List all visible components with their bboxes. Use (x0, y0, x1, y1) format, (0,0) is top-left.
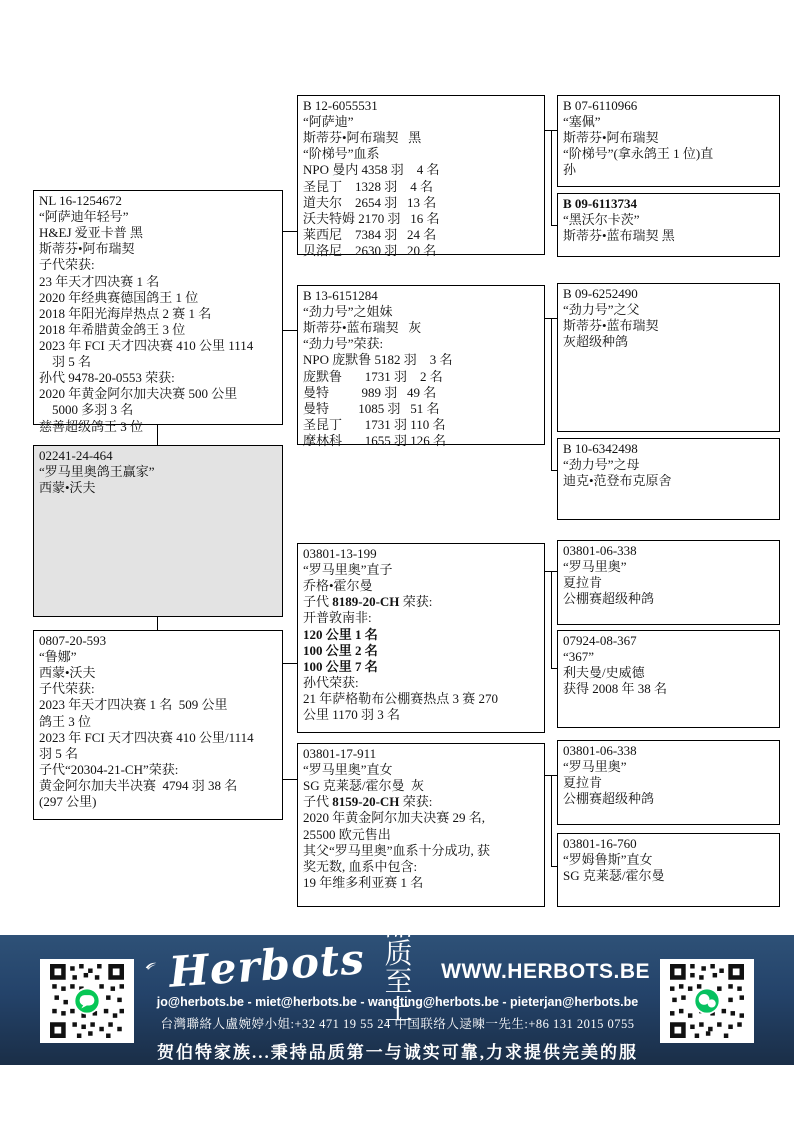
connector-line (551, 470, 557, 471)
pedigree-line: B 09-6252490 (563, 286, 774, 302)
footer-banner: Herbots 品质至上 WWW.HERBOTS.BE jo@herbots.b… (0, 935, 794, 1065)
pedigree-line: “罗马里奥” (563, 559, 774, 575)
pedigree-line: 开普敦南非: (303, 610, 539, 626)
pedigree-line: 03801-13-199 (303, 546, 539, 562)
pedigree-line: 100 公里 2 名 (303, 643, 539, 659)
pedigree-box-dam-sire: 03801-13-199“罗马里奥”直子乔格•霍尔曼子代 8189-20-CH … (297, 543, 545, 733)
connector-line (283, 330, 297, 331)
pedigree-line: 其父“罗马里奥”血系十分成功, 获 (303, 843, 539, 859)
pedigree-line: 2018 年希腊黄金鸽王 3 位 (39, 322, 277, 338)
qr-code-image (670, 964, 744, 1038)
pedigree-line: 乔格•霍尔曼 (303, 578, 539, 594)
connector-line (551, 775, 552, 867)
pedigree-line: 21 年萨格勒布公棚赛热点 3 赛 270 (303, 691, 539, 707)
pedigree-line: B 07-6110966 (563, 98, 774, 114)
pedigree-line: 子代荣获: (39, 257, 277, 273)
pedigree-line: NPO 曼内 4358 羽 4 名 (303, 162, 539, 178)
pedigree-line: 子代 8189-20-CH 荣获: (303, 594, 539, 610)
pedigree-line: 07924-08-367 (563, 633, 774, 649)
pedigree-line: “罗马里奥”直女 (303, 762, 539, 778)
pedigree-box-sire-sire-dam: B 09-6113734“黑沃尔卡茨”斯蒂芬•蓝布瑞契 黑 (557, 193, 780, 257)
pedigree-box-dam-dam-dam: 03801-16-760“罗姆鲁斯”直女SG 克莱瑟/霍尔曼 (557, 833, 780, 907)
connector-line (157, 617, 158, 630)
qr-code-image (50, 964, 124, 1038)
pedigree-line: 斯蒂芬•阿布瑞契 (563, 130, 774, 146)
pedigree-box-sire-dam-sire: B 09-6252490“劲力号”之父斯蒂芬•蓝布瑞契灰超级种鸽 (557, 283, 780, 432)
pedigree-line: 5000 多羽 3 名 (39, 402, 277, 418)
pedigree-line: 2020 年黄金阿尔加夫决赛 29 名, (303, 810, 539, 826)
pedigree-line: 慈善超级鸽王 3 位 (39, 419, 277, 435)
pedigree-line: 沃夫特姆 2170 羽 16 名 (303, 211, 539, 227)
pedigree-line: 斯蒂芬•蓝布瑞契 (563, 318, 774, 334)
wing-icon (145, 951, 157, 981)
pedigree-line: 02241-24-464 (39, 448, 277, 464)
pedigree-line: 2018 年阳光海岸热点 2 赛 1 名 (39, 306, 277, 322)
pedigree-line: 奖无数, 血系中包含: (303, 859, 539, 875)
pedigree-line: “阶梯号”血系 (303, 146, 539, 162)
pedigree-line: 0807-20-593 (39, 633, 277, 649)
pedigree-line: 孙代 9478-20-0553 荣获: (39, 370, 277, 386)
footer-tagline: 贺伯特家族...秉持品质第一与诚实可靠,力求提供完美的服务! (145, 1038, 650, 1088)
pedigree-line: 莱西尼 7384 羽 24 名 (303, 227, 539, 243)
pedigree-line: 西蒙•沃夫 (39, 480, 277, 496)
pedigree-line: 23 年天才四决赛 1 名 (39, 274, 277, 290)
pedigree-line: 2023 年天才四决赛 1 名 509 公里 (39, 697, 277, 713)
pedigree-line: 黄金阿尔加夫半决赛 4794 羽 38 名 (39, 778, 277, 794)
pedigree-line: 西蒙•沃夫 (39, 665, 277, 681)
pedigree-line: B 12-6055531 (303, 98, 539, 114)
pedigree-line: “阶梯号”(拿永鸽王 1 位)直 (563, 146, 774, 162)
pedigree-line: 斯蒂芬•蓝布瑞契 灰 (303, 320, 539, 336)
pedigree-line: 贝洛尼 2630 羽 20 名 (303, 243, 539, 259)
pedigree-line: 羽 5 名 (39, 746, 277, 762)
connector-line (551, 571, 552, 669)
pedigree-line: NPO 庞默鲁 5182 羽 3 名 (303, 352, 539, 368)
pedigree-box-subject: 02241-24-464“罗马里奥鸽王赢家”西蒙•沃夫 (33, 445, 283, 617)
pedigree-line: 庞默鲁 1731 羽 2 名 (303, 369, 539, 385)
pedigree-line: 子代 8159-20-CH 荣获: (303, 794, 539, 810)
pedigree-line: 圣昆丁 1731 羽 110 名 (303, 417, 539, 433)
pedigree-box-dam-dam-sire: 03801-06-338“罗马里奥”夏拉肯公棚赛超级种鸽 (557, 740, 780, 825)
pedigree-line: “劲力号”之父 (563, 302, 774, 318)
pedigree-line: 公里 1170 羽 3 名 (303, 707, 539, 723)
pedigree-line: SG 克莱瑟/霍尔曼 灰 (303, 778, 539, 794)
wechat-qr-code (660, 959, 754, 1043)
pedigree-line: 03801-17-911 (303, 746, 539, 762)
connector-line (283, 231, 297, 232)
wechat-icon (694, 988, 719, 1013)
pedigree-line: 2020 年黄金阿尔加夫决赛 500 公里 (39, 386, 277, 402)
pedigree-line: “劲力号”之姐妹 (303, 304, 539, 320)
pedigree-box-dam-sire-sire: 03801-06-338“罗马里奥”夏拉肯公棚赛超级种鸽 (557, 540, 780, 625)
pedigree-page: B 12-6055531“阿萨迪”斯蒂芬•阿布瑞契 黑“阶梯号”血系NPO 曼内… (0, 0, 794, 1123)
connector-line (283, 779, 297, 780)
pedigree-line: 鸽王 3 位 (39, 714, 277, 730)
pedigree-line: 圣昆丁 1328 羽 4 名 (303, 179, 539, 195)
pedigree-line: 公棚赛超级种鸽 (563, 791, 774, 807)
pedigree-line: 羽 5 名 (39, 354, 277, 370)
pedigree-line: “阿萨迪年轻号” (39, 209, 277, 225)
pedigree-line: B 13-6151284 (303, 288, 539, 304)
pedigree-line: 夏拉肯 (563, 775, 774, 791)
pedigree-box-sire-dam: B 13-6151284“劲力号”之姐妹斯蒂芬•蓝布瑞契 灰“劲力号”荣获:NP… (297, 285, 545, 445)
pedigree-line: 摩林科 1655 羽 126 名 (303, 433, 539, 449)
pedigree-line: 120 公里 1 名 (303, 627, 539, 643)
pedigree-line: B 09-6113734 (563, 196, 774, 212)
connector-line (551, 225, 557, 226)
pedigree-line: 斯蒂芬•蓝布瑞契 黑 (563, 228, 774, 244)
pedigree-line: 孙 (563, 162, 774, 178)
pedigree-box-sire-dam-dam: B 10-6342498“劲力号”之母迪克•范登布克原舍 (557, 438, 780, 520)
footer-content: Herbots 品质至上 WWW.HERBOTS.BE jo@herbots.b… (145, 941, 650, 1088)
connector-line (157, 425, 158, 445)
pedigree-line: “罗马里奥”直子 (303, 562, 539, 578)
line-qr-code (40, 959, 134, 1043)
pedigree-line: “阿萨迪” (303, 114, 539, 130)
pedigree-box-sire-sire-sire: B 07-6110966“塞佩”斯蒂芬•阿布瑞契“阶梯号”(拿永鸽王 1 位)直… (557, 95, 780, 187)
pedigree-line: 03801-16-760 (563, 836, 774, 852)
pedigree-line: 孙代荣获: (303, 675, 539, 691)
pedigree-line: SG 克莱瑟/霍尔曼 (563, 868, 774, 884)
pedigree-line: 获得 2008 年 38 名 (563, 681, 774, 697)
pedigree-box-dam: 0807-20-593“鲁娜”西蒙•沃夫子代荣获:2023 年天才四决赛 1 名… (33, 630, 283, 820)
connector-line (551, 318, 552, 471)
pedigree-line: 子代荣获: (39, 681, 277, 697)
pedigree-line: 迪克•范登布克原舍 (563, 473, 774, 489)
pedigree-line: 利夫曼/史威德 (563, 665, 774, 681)
pedigree-line: “罗马里奥鸽王赢家” (39, 464, 277, 480)
footer-website: WWW.HERBOTS.BE (441, 951, 650, 982)
pedigree-line: 03801-06-338 (563, 543, 774, 559)
logo-row: Herbots 品质至上 WWW.HERBOTS.BE (145, 941, 650, 991)
pedigree-line: NL 16-1254672 (39, 193, 277, 209)
connector-line (551, 130, 552, 226)
pedigree-line: 子代“20304-21-CH”荣获: (39, 762, 277, 778)
pedigree-line: 03801-06-338 (563, 743, 774, 759)
pedigree-line: “罗姆鲁斯”直女 (563, 852, 774, 868)
pedigree-line: 25500 欧元售出 (303, 827, 539, 843)
pedigree-line: 2023 年 FCI 天才四决赛 410 公里/1114 (39, 730, 277, 746)
pedigree-line: “劲力号”荣获: (303, 336, 539, 352)
pedigree-line: H&EJ 爱亚卡普 黑 (39, 225, 277, 241)
pedigree-line: 夏拉肯 (563, 575, 774, 591)
connector-line (283, 663, 297, 664)
pedigree-line: 曼特 1085 羽 51 名 (303, 401, 539, 417)
footer-emails: jo@herbots.be - miet@herbots.be - wangti… (145, 995, 650, 1009)
pedigree-line: “劲力号”之母 (563, 457, 774, 473)
pedigree-line: “鲁娜” (39, 649, 277, 665)
pedigree-line: “塞佩” (563, 114, 774, 130)
pedigree-line: 曼特 989 羽 49 名 (303, 385, 539, 401)
pedigree-line: 公棚赛超级种鸽 (563, 591, 774, 607)
pedigree-line: 灰超级种鸽 (563, 334, 774, 350)
pedigree-box-sire-sire: B 12-6055531“阿萨迪”斯蒂芬•阿布瑞契 黑“阶梯号”血系NPO 曼内… (297, 95, 545, 255)
pedigree-line: “黑沃尔卡茨” (563, 212, 774, 228)
pedigree-box-dam-sire-dam: 07924-08-367“367”利夫曼/史威德获得 2008 年 38 名 (557, 630, 780, 728)
pedigree-line: 19 年维多利亚赛 1 名 (303, 875, 539, 891)
pedigree-line: 100 公里 7 名 (303, 659, 539, 675)
pedigree-line: 道夫尔 2654 羽 13 名 (303, 195, 539, 211)
pedigree-line: “367” (563, 649, 774, 665)
pedigree-line: 2020 年经典赛德国鸽王 1 位 (39, 290, 277, 306)
line-icon (74, 988, 99, 1013)
pedigree-line: 斯蒂芬•阿布瑞契 黑 (303, 130, 539, 146)
connector-line (551, 866, 557, 867)
pedigree-line: 2023 年 FCI 天才四决赛 410 公里 1114 (39, 338, 277, 354)
brand-logo-text: Herbots (168, 938, 366, 994)
pedigree-box-dam-dam: 03801-17-911“罗马里奥”直女SG 克莱瑟/霍尔曼 灰子代 8159-… (297, 743, 545, 907)
pedigree-box-sire: NL 16-1254672“阿萨迪年轻号”H&EJ 爱亚卡普 黑斯蒂芬•阿布瑞契… (33, 190, 283, 425)
pedigree-line: (297 公里) (39, 794, 277, 810)
pedigree-line: B 10-6342498 (563, 441, 774, 457)
connector-line (551, 668, 557, 669)
footer-contacts: 台灣聯絡人盧婉婷小姐:+32 471 19 55 24 中国联络人逯暕一先生:+… (145, 1014, 650, 1032)
pedigree-line: 斯蒂芬•阿布瑞契 (39, 241, 277, 257)
pedigree-line: “罗马里奥” (563, 759, 774, 775)
